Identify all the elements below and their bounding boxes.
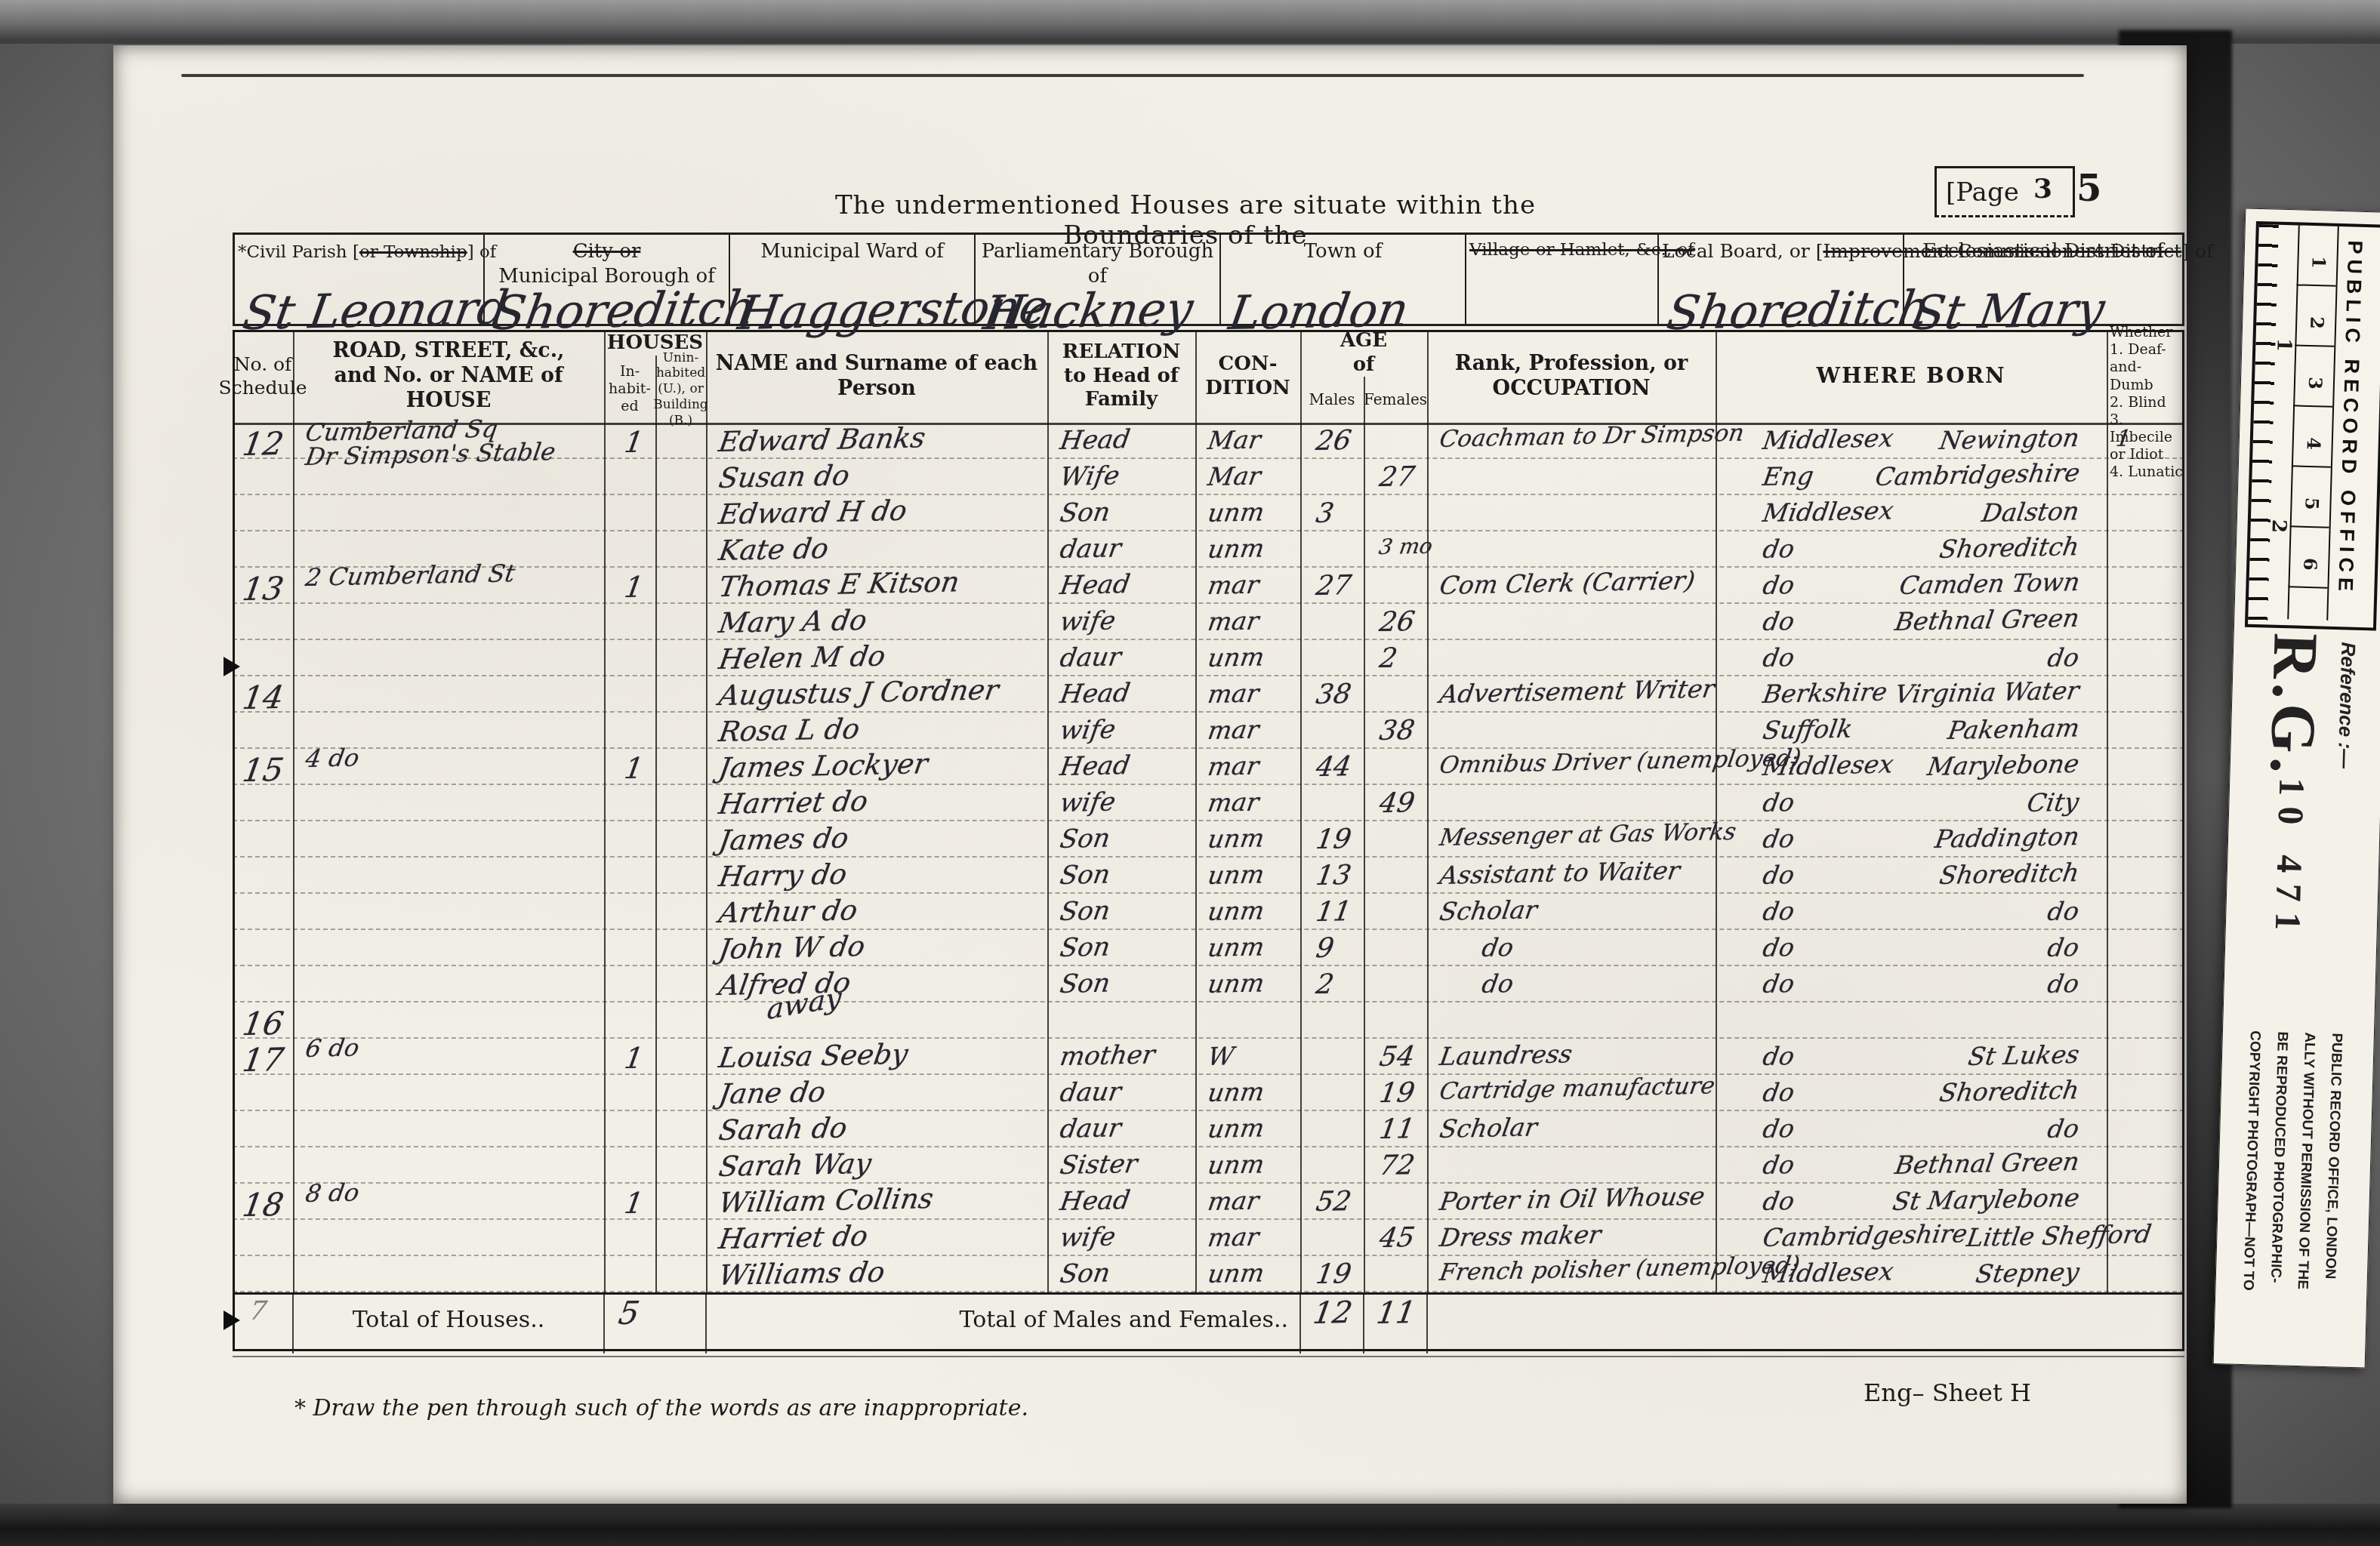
column-header-males: Males — [1300, 377, 1364, 423]
birthplace: CambridgeshireLittle Shefford — [1716, 1223, 2107, 1252]
birthplace-county: do — [1761, 896, 1796, 926]
condition: Mar — [1206, 423, 1305, 455]
condition: mar — [1206, 786, 1305, 818]
condition: mar — [1206, 1184, 1305, 1216]
person-name: Jane do — [717, 1071, 1053, 1110]
birthplace-county: do — [1761, 534, 1796, 564]
person-name: Harriet do — [717, 781, 1053, 821]
table-row: Williams doSonunm19French polisher (unem… — [233, 1256, 2184, 1292]
person-name: Susan do — [717, 455, 1053, 494]
age-male: 9 — [1314, 932, 1372, 964]
birthplace-place: do — [2046, 932, 2081, 962]
birthplace-county: do — [1761, 606, 1796, 636]
district-town: Town ofLondon — [1219, 233, 1465, 326]
person-name: Harriet do — [717, 1216, 1053, 1255]
relation: wife — [1058, 1220, 1201, 1253]
birthplace-place: Camden Town — [1898, 567, 2082, 600]
age-female: 49 — [1377, 787, 1435, 819]
relation: Head — [1058, 676, 1201, 710]
birthplace: doPaddington — [1716, 824, 2107, 854]
occupation: Cartridge manufacture — [1438, 1072, 1721, 1105]
person-name: Helen M do — [717, 636, 1053, 676]
birthplace-county: do — [1761, 969, 1796, 999]
houses-inhabited: 1 — [622, 751, 668, 785]
relation: wife — [1058, 713, 1201, 746]
person-name: Sarah do — [717, 1107, 1053, 1147]
table-row: James doSonunm19Messenger at Gas Worksdo… — [233, 821, 2184, 858]
person-name: James do — [717, 818, 1053, 857]
age-male: 13 — [1314, 860, 1372, 892]
age-female: 54 — [1377, 1041, 1435, 1073]
birthplace-place: Paddington — [1933, 821, 2082, 854]
condition: unm — [1206, 641, 1305, 673]
column-header-condition: CON- DITION — [1195, 330, 1300, 423]
occupation: Scholar — [1438, 1108, 1721, 1144]
copyright-notice: COPYRIGHT PHOTOGRAPH—NOT TO BE REPRODUCE… — [2232, 1030, 2350, 1358]
condition: unm — [1206, 858, 1305, 890]
birthplace-county: do — [1761, 787, 1796, 818]
table-row: Jane dodaurunm19Cartridge manufacturedoS… — [233, 1075, 2184, 1111]
road-name: 6 do — [304, 1028, 609, 1063]
birthplace: doSt Marylebone — [1716, 1187, 2107, 1216]
age-male: 44 — [1314, 751, 1372, 783]
condition: unm — [1206, 967, 1305, 999]
schedule-number: 12 — [240, 425, 296, 463]
birthplace-place: Little Shefford — [1965, 1219, 2153, 1252]
person-name: Rosa L do — [717, 709, 1053, 748]
condition: unm — [1206, 822, 1305, 854]
relation: Wife — [1058, 459, 1201, 492]
age-female: 38 — [1377, 715, 1435, 747]
person-name: William Collins — [717, 1180, 1053, 1219]
condition: mar — [1206, 605, 1305, 636]
totals-males-females-label: Total of Males and Females.. — [706, 1307, 1288, 1333]
age-male: 26 — [1314, 425, 1372, 457]
folio-number: 5 — [2076, 168, 2101, 210]
condition: unm — [1206, 1148, 1305, 1180]
table-row: John W doSonunm9dododo — [233, 930, 2184, 966]
census-sheet: The undermentioned Houses are situate wi… — [113, 45, 2187, 1504]
birthplace-place: St Lukes — [1966, 1039, 2082, 1071]
column-header-relation: RELATION to Head of Family — [1047, 330, 1195, 423]
column-header-occupation: Rank, Profession, or OCCUPATION — [1427, 330, 1716, 423]
ruler-cm-label: 5 — [2301, 497, 2323, 511]
birthplace-county: Suffolk — [1761, 714, 1854, 745]
struck-label: or Township — [359, 242, 467, 262]
birthplace: doBethnal Green — [1716, 607, 2107, 636]
occupation: Assistant to Waiter — [1438, 855, 1721, 890]
person-name: Edward Banks — [717, 419, 1053, 458]
age-male: 2 — [1314, 969, 1372, 1000]
birthplace-county: Cambridgeshire — [1761, 1218, 1969, 1252]
birthplace-place: Pakenham — [1946, 713, 2082, 745]
occupation: French polisher (unemployed) — [1438, 1253, 1721, 1286]
birthplace-place: do — [2046, 1113, 2081, 1144]
houses-inhabited: 1 — [622, 425, 668, 459]
ruler: 12123456PUBLIC RECORD OFFICE — [2245, 221, 2380, 631]
table-row: Harry doSonunm13Assistant to WaiterdoSho… — [233, 858, 2184, 894]
column-header-inhabited: In- habit- ed — [604, 356, 655, 423]
road-name: 8 do — [304, 1173, 609, 1208]
district-label: Ecclesiastical District of — [1907, 239, 2179, 264]
age-male: 19 — [1314, 824, 1372, 855]
age-female: 26 — [1377, 606, 1435, 638]
district-value: St Leonard — [239, 280, 512, 340]
district-municipal-ward: Municipal Ward ofHaggerstone — [729, 233, 974, 326]
birthplace: doCamden Town — [1716, 571, 2107, 600]
table-row: Helen M dodaurunm2dodo — [233, 640, 2184, 676]
birthplace: dodo — [1716, 1114, 2107, 1144]
pro-reference-card: 12123456PUBLIC RECORD OFFICE R.G.10 471 … — [2213, 208, 2380, 1368]
sheet-label: Eng– Sheet H — [1864, 1378, 2031, 1407]
houses-inhabited: 1 — [622, 1041, 668, 1075]
birthplace-place: Shoreditch — [1938, 858, 2081, 890]
struck-label: Village or Hamlet, &c., of — [1469, 239, 1654, 261]
occupation: Com Clerk (Carrier) — [1438, 565, 1721, 600]
birthplace-county: do — [1761, 1041, 1796, 1071]
birthplace-place: Cambridgeshire — [1873, 457, 2082, 491]
birthplace: dodo — [1716, 933, 2107, 962]
relation: daur — [1058, 1111, 1201, 1144]
table-row: 132 Cumberland St1Thomas E KitsonHeadmar… — [233, 568, 2184, 604]
photo-top-margin — [0, 0, 2380, 44]
district-label: Municipal Ward of — [733, 239, 971, 264]
birthplace-place: Shoreditch — [1938, 531, 2081, 564]
age-female: 19 — [1377, 1077, 1435, 1109]
birthplace-place: St Marylebone — [1891, 1183, 2082, 1216]
relation: Son — [1058, 894, 1201, 927]
birthplace-place: Marylebone — [1925, 749, 2082, 781]
birthplace: EngCambridgeshire — [1716, 462, 2107, 491]
birthplace-county: Berkshire — [1761, 677, 1889, 709]
table-row: Susan doWifeMar27EngCambridgeshire — [233, 459, 2184, 495]
district-label: *Civil Parish [or Township] of — [238, 239, 480, 264]
relation: Head — [1058, 568, 1201, 601]
birthplace: doShoreditch — [1716, 534, 2107, 564]
birthplace-place: Shoreditch — [1938, 1075, 2081, 1107]
schedule-number: 16 — [240, 1005, 296, 1042]
schedule-number: 13 — [240, 570, 296, 608]
birthplace-place: Stepney — [1974, 1257, 2081, 1289]
relation: Son — [1058, 1256, 1201, 1289]
schedule-number: 18 — [240, 1186, 296, 1224]
table-row: 176 do1Louisa SeebymotherW54LaundressdoS… — [233, 1039, 2184, 1075]
birthplace: BerkshireVirginia Water — [1716, 679, 2107, 709]
paper-top-edge — [181, 74, 2084, 77]
birthplace-county: Middlesex — [1761, 1256, 1895, 1289]
age-female: 2 — [1377, 642, 1435, 674]
birthplace: MiddlesexStepney — [1716, 1259, 2107, 1289]
district-civil-parish: *Civil Parish [or Township] ofSt Leonard — [233, 233, 483, 326]
occupation: Messenger at Gas Works — [1438, 818, 1721, 852]
birthplace-place: Newington — [1938, 423, 2082, 455]
birthplace-place: do — [2046, 896, 2081, 926]
relation: daur — [1058, 531, 1201, 565]
condition: mar — [1206, 713, 1305, 745]
table-row: Harriet dowifemar49doCity — [233, 785, 2184, 821]
condition: unm — [1206, 1112, 1305, 1144]
schedule-number: 17 — [240, 1041, 296, 1079]
age-female: 45 — [1377, 1222, 1435, 1254]
age-female: 3 mo — [1377, 534, 1434, 559]
occupation: Laundress — [1438, 1036, 1721, 1071]
photo-bottom-margin — [0, 1504, 2380, 1546]
birthplace-county: do — [1761, 932, 1796, 962]
condition: mar — [1206, 750, 1305, 781]
occupation: Advertisement Writer — [1438, 673, 1721, 709]
person-name: Arthur do — [717, 890, 1053, 929]
birthplace: doCity — [1716, 788, 2107, 818]
table-row: 14Augustus J CordnerHeadmar38Advertiseme… — [233, 676, 2184, 713]
totals-schedule-mark: 7 — [248, 1296, 269, 1326]
birthplace-county: do — [1761, 824, 1796, 854]
table-row: 154 do1James LockyerHeadmar44Omnibus Dri… — [233, 749, 2184, 785]
occupation: Omnibus Driver (unemployed) — [1438, 746, 1721, 779]
infirmity-mark: 1 — [2114, 424, 2186, 452]
ruler-cm-label: 3 — [2304, 377, 2326, 390]
age-male: 52 — [1314, 1186, 1372, 1218]
condition: Mar — [1206, 460, 1305, 491]
ruler-cm-label: 4 — [2303, 437, 2325, 451]
person-name: James Lockyer — [717, 745, 1053, 784]
district-label: Local Board, or [Improvement Commissione… — [1662, 239, 1900, 264]
reference-series: R.G.10 471 — [2248, 632, 2332, 1027]
table-row: Edward H doSonunm3MiddlesexDalston — [233, 495, 2184, 531]
office-name: PUBLIC RECORD OFFICE — [2333, 240, 2366, 596]
birthplace-county: do — [1761, 1150, 1796, 1180]
table-row: Alfred doSonunm2dododo — [233, 966, 2184, 1002]
birthplace: dodo — [1716, 643, 2107, 673]
relation: daur — [1058, 1075, 1201, 1108]
person-name: Kate do — [717, 528, 1053, 567]
person-name: Harry do — [717, 854, 1053, 893]
condition: mar — [1206, 1221, 1305, 1252]
district-local-board: Local Board, or [Improvement Commissione… — [1657, 233, 1903, 326]
relation: daur — [1058, 640, 1201, 673]
occupation: Coachman to Dr Simpson — [1438, 420, 1721, 453]
road-name: 4 do — [304, 738, 609, 773]
relation: Son — [1058, 495, 1201, 528]
birthplace: doBethnal Green — [1716, 1150, 2107, 1180]
relation: Sister — [1058, 1147, 1201, 1181]
person-name: Louisa Seeby — [717, 1035, 1053, 1074]
birthplace: MiddlesexDalston — [1716, 498, 2107, 528]
district-value: Shoreditch — [1663, 280, 1934, 340]
relation: Head — [1058, 1184, 1201, 1217]
totals-houses-value: 5 — [616, 1294, 642, 1332]
birthplace-place: Dalston — [1980, 496, 2082, 528]
age-female: 72 — [1377, 1150, 1435, 1181]
person-name: Thomas E Kitson — [717, 564, 1053, 603]
column-header-schedule: No. of Schedule — [233, 330, 293, 423]
birthplace-place: Bethnal Green — [1893, 603, 2082, 636]
column-header-name: NAME and Surname of each Person — [706, 330, 1047, 423]
ruler-inch-label: 2 — [2267, 519, 2289, 533]
page-number-box: [Page 3 — [1935, 166, 2075, 217]
totals-females-value: 11 — [1374, 1295, 1418, 1331]
birthplace-county: do — [1761, 642, 1796, 673]
birthplace: doShoreditch — [1716, 861, 2107, 890]
condition: mar — [1206, 677, 1305, 709]
person-name: Edward H do — [717, 491, 1053, 531]
birthplace-county: do — [1761, 860, 1796, 890]
ruler-inch-ticks — [2248, 224, 2279, 625]
birthplace-county: do — [1761, 570, 1796, 600]
birthplace: SuffolkPakenham — [1716, 716, 2107, 745]
age-male: 11 — [1314, 896, 1372, 928]
birthplace-county: do — [1761, 1186, 1796, 1216]
age-male: 19 — [1314, 1258, 1372, 1290]
condition: unm — [1206, 895, 1305, 926]
houses-inhabited: 1 — [622, 570, 668, 604]
birthplace-place: City — [2025, 787, 2081, 818]
district-value: St Mary — [1909, 282, 2108, 340]
schedule-number: 14 — [240, 679, 296, 716]
relation: Head — [1058, 749, 1201, 782]
column-header-uninhabited: Unin- habited (U.), or Building (B.) — [655, 356, 706, 423]
birthplace: MiddlesexNewington — [1716, 426, 2107, 455]
birthplace-county: do — [1761, 1113, 1796, 1144]
margin-marker — [224, 657, 240, 676]
age-male: 3 — [1314, 497, 1372, 529]
birthplace-county: Middlesex — [1761, 495, 1895, 528]
relation: wife — [1058, 604, 1201, 637]
ruler-cm-label: 6 — [2299, 558, 2321, 571]
birthplace-place: do — [2046, 969, 2081, 999]
reference-number: 10 471 — [2267, 778, 2311, 941]
birthplace-county: Middlesex — [1761, 423, 1895, 455]
relation: Son — [1058, 858, 1201, 891]
totals-row: 7Total of Houses..5Total of Males and Fe… — [233, 1292, 2184, 1351]
birthplace-place: Bethnal Green — [1893, 1147, 2082, 1180]
age-male: 38 — [1314, 679, 1372, 710]
totals-males-value: 12 — [1311, 1295, 1355, 1331]
birthplace-county: do — [1761, 1077, 1796, 1107]
schedule-number: 15 — [240, 751, 296, 789]
table-row: Harriet dowifemar45Dress makerCambridges… — [233, 1220, 2184, 1256]
houses-inhabited: 1 — [622, 1186, 668, 1220]
condition: W — [1206, 1039, 1305, 1071]
condition: unm — [1206, 532, 1305, 564]
footnote: * Draw the pen through such of the words… — [294, 1395, 1028, 1421]
person-name: Sarah Way — [717, 1144, 1053, 1183]
birthplace: doSt Lukes — [1716, 1042, 2107, 1071]
birthplace-place: do — [2046, 642, 2081, 673]
ruler-cm-label: 2 — [2306, 316, 2328, 330]
occupation: Dress maker — [1438, 1217, 1721, 1252]
birthplace-county: Eng — [1761, 461, 1816, 491]
district-value: Hackney — [980, 281, 1197, 340]
condition: unm — [1206, 1257, 1305, 1289]
district-ecclesiastical-district: Ecclesiastical District ofSt Mary — [1903, 233, 2184, 326]
person-name: Mary A do — [717, 600, 1053, 639]
condition: unm — [1206, 496, 1305, 528]
column-header-females: Females — [1364, 377, 1427, 423]
ruler-inch-label: 1 — [2272, 338, 2295, 353]
district-label: Town of — [1224, 239, 1462, 264]
table-row: 188 do1William CollinsHeadmar52Porter in… — [233, 1184, 2184, 1220]
table-row: Mary A dowifemar26doBethnal Green — [233, 604, 2184, 640]
column-header-infirmity: Whether 1. Deaf-and-Dumb 2. Blind 3. Imb… — [2107, 322, 2184, 423]
condition: unm — [1206, 931, 1305, 962]
table-row: 12Cumberland SqDr Simpson's Stable1Edwar… — [233, 423, 2184, 459]
totals-houses-label: Total of Houses.. — [293, 1307, 604, 1333]
district-municipal-borough: City orMunicipal Borough ofShoreditch — [483, 233, 729, 326]
ruler-cm-label: 1 — [2308, 256, 2329, 269]
reference-label: Reference :— — [2326, 634, 2360, 1027]
birthplace: dodo — [1716, 897, 2107, 926]
condition: unm — [1206, 1076, 1305, 1107]
age-female: 11 — [1377, 1113, 1435, 1145]
table-row: Sarah dodaurunm11Scholardodo — [233, 1111, 2184, 1147]
birthplace: dodo — [1716, 969, 2107, 999]
occupation: Porter in Oil Whouse — [1438, 1181, 1721, 1216]
district-village-hamlet: Village or Hamlet, &c., of — [1465, 233, 1657, 326]
district-label: Village or Hamlet, &c., of — [1469, 239, 1654, 261]
birthplace-county: Middlesex — [1761, 749, 1895, 781]
relation: wife — [1058, 785, 1201, 818]
age-female: 27 — [1377, 461, 1435, 493]
relation: Head — [1058, 423, 1201, 456]
page-number: 3 — [2033, 173, 2052, 205]
birthplace: MiddlesexMarylebone — [1716, 752, 2107, 781]
condition: mar — [1206, 568, 1305, 600]
age-male: 27 — [1314, 570, 1372, 602]
margin-marker — [224, 1310, 240, 1330]
column-header-born: WHERE BORN — [1716, 330, 2107, 423]
page-word: [Page — [1946, 177, 2019, 208]
struck-label: City or — [488, 239, 726, 264]
birthplace: doShoreditch — [1716, 1078, 2107, 1107]
relation: mother — [1058, 1039, 1201, 1072]
birthplace-place: Virginia Water — [1893, 676, 2081, 709]
relation: Son — [1058, 821, 1201, 855]
district-value: Shoreditch — [489, 280, 760, 340]
district-value: London — [1225, 282, 1413, 340]
column-header-road: ROAD, STREET, &c., and No. or NAME of HO… — [293, 330, 604, 423]
occupation: Scholar — [1438, 891, 1721, 926]
road-name: 2 Cumberland St — [304, 557, 609, 592]
person-name: Williams do — [717, 1252, 1053, 1292]
person-name: Augustus J Cordner — [717, 673, 1053, 712]
table-row: Arthur doSonunm11Scholardodo — [233, 894, 2184, 930]
